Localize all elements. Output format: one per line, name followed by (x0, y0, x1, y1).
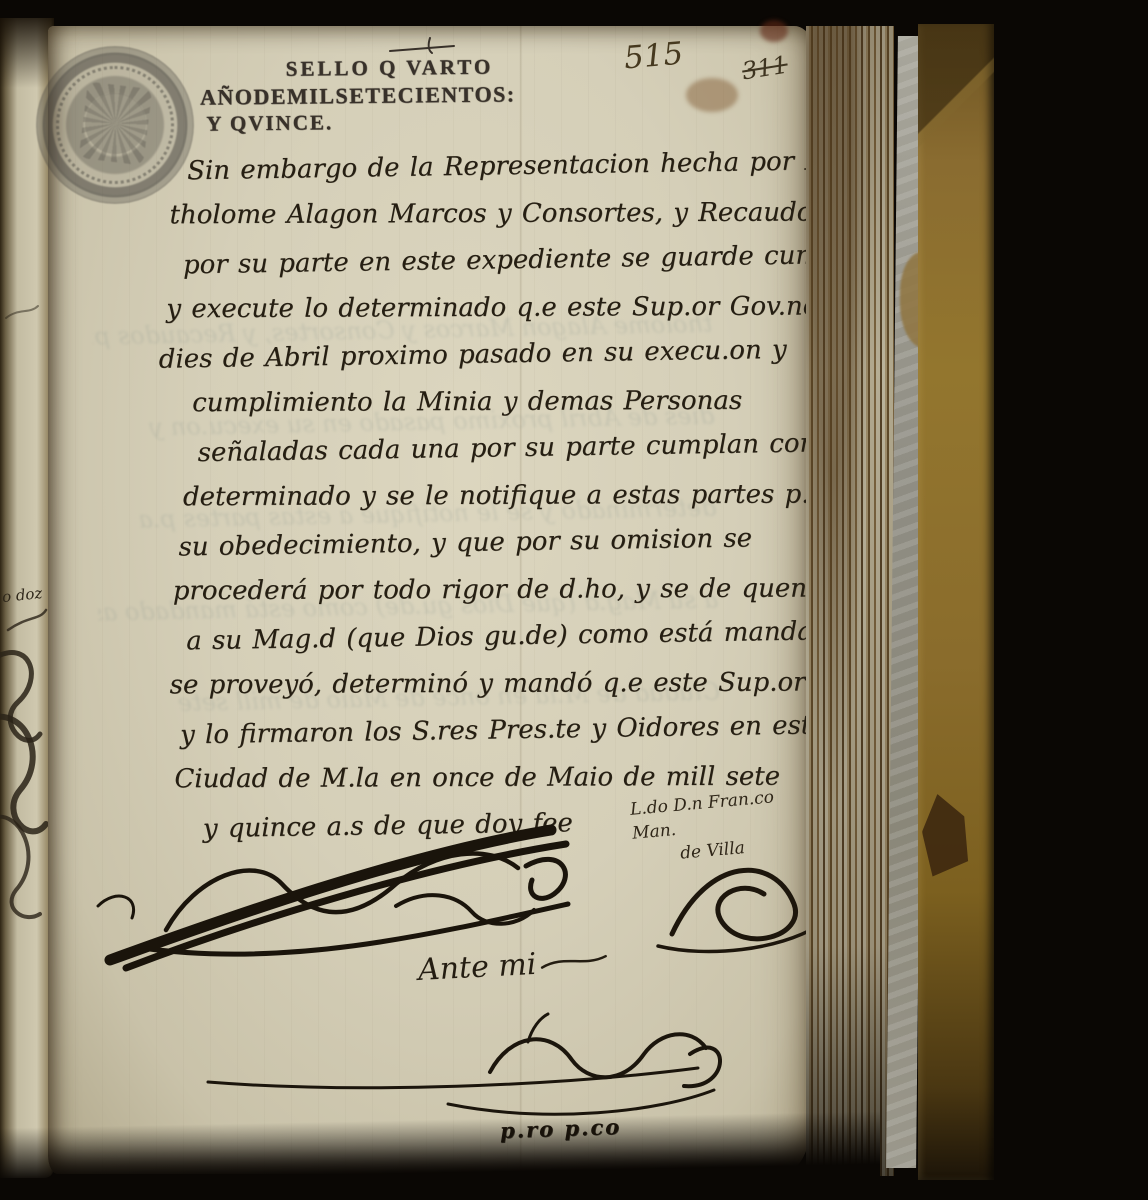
cross-mark-icon (388, 36, 464, 56)
manuscript-photo: o doz SELLO Q VARTO AÑODEMILSETECIENTOS:… (0, 0, 1148, 1200)
body-line: y lo firmaron los S.res Pres.te y Oidore… (110, 702, 817, 760)
body-line: procederá por todo rigor de d.ho, y se d… (109, 565, 815, 615)
body-line: cumplimiento la Minia y demas Personas (107, 377, 813, 427)
body-line: tholome Alagon Marcos y Consortes, y Rec… (105, 189, 811, 239)
body-line: señaladas cada una por su parte cumplan … (107, 420, 814, 478)
manuscript-page: SELLO Q VARTO AÑODEMILSETECIENTOS: Y QVI… (48, 26, 810, 1174)
printed-stamp-header: SELLO Q VARTO AÑODEMILSETECIENTOS: Y QVI… (200, 54, 516, 136)
ante-mi-text: Ante mi (417, 947, 537, 988)
body-line: su obedecimiento, y que por su omision s… (108, 514, 815, 572)
body-line: y execute lo determinado q.e este Sup.or… (106, 283, 812, 333)
brown-blot-stain (760, 20, 788, 42)
ante-mi-flourish-icon (540, 948, 611, 974)
rubric-flourish-icon (648, 842, 828, 962)
stamp-header-line1: SELLO Q VARTO (286, 54, 516, 81)
handwritten-body: Sin embargo de la Representacion hecha p… (105, 141, 817, 852)
seal-stamp-icon (36, 46, 194, 204)
vellum-cover (918, 24, 994, 1180)
body-line: dies de Abril proximo pasado en su execu… (106, 326, 813, 384)
body-line: Sin embargo de la Representacion hecha p… (105, 138, 812, 196)
body-line: por su parte en este expediente se guard… (106, 232, 813, 290)
page-block-fore-edge (806, 26, 894, 1176)
stamp-header-line2: AÑODEMILSETECIENTOS: (200, 81, 516, 110)
ink-smudge-stain (686, 78, 738, 112)
body-line: a su Mag.d (que Dios gu.de) como está ma… (109, 608, 816, 666)
body-line: determinado y se le notifique a estas pa… (108, 471, 814, 521)
folio-number: 515 (623, 35, 685, 76)
body-line: se proveyó, determinó y mandó q.e este S… (110, 659, 816, 709)
folio-number-crossed-out: 311 (740, 51, 790, 86)
stamp-header-line3: Y QVINCE. (206, 108, 516, 136)
previous-page-edge: o doz (0, 18, 54, 1178)
cover-dark-patch (922, 794, 970, 880)
